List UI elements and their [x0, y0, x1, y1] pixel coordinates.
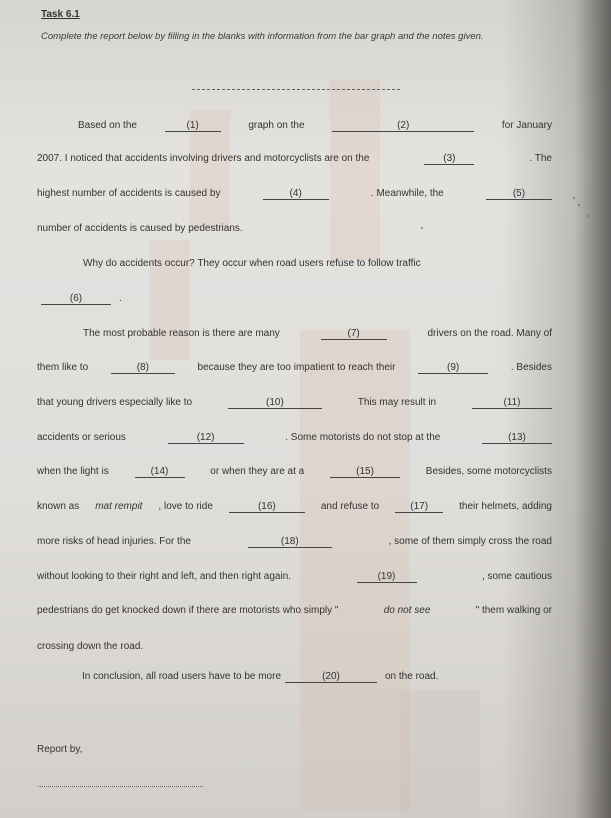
report-line: Why do accidents occur? They occur when …	[83, 258, 552, 269]
report-text: drivers on the road. Many of	[427, 328, 552, 340]
fill-in-blank[interactable]: (3)	[424, 153, 474, 165]
blank-number: (11)	[503, 397, 520, 408]
blank-number: (9)	[447, 362, 459, 373]
paper-speck	[573, 197, 575, 199]
report-text: . Besides	[511, 362, 552, 374]
report-text: 2007. I noticed that accidents involving…	[37, 153, 369, 165]
report-text: , some of them simply cross the road	[389, 536, 552, 548]
blank-number: (10)	[266, 397, 284, 408]
report-text: accidents or serious	[37, 432, 126, 444]
report-line: crossing down the road.	[37, 641, 143, 652]
blank-number: (13)	[508, 432, 526, 443]
fill-in-blank[interactable]: (14)	[135, 466, 185, 478]
report-text: them like to	[37, 362, 88, 374]
report-text: more risks of head injuries. For the	[37, 536, 191, 548]
fill-in-blank[interactable]: (17)	[395, 501, 443, 513]
task-title: Task 6.1	[41, 9, 80, 20]
report-text: without looking to their right and left,…	[37, 571, 291, 583]
fill-in-blank[interactable]: (5)	[486, 188, 552, 200]
blank-number: (3)	[443, 153, 455, 164]
worksheet-content: Task 6.1 Complete the report below by fi…	[0, 0, 611, 818]
blank-number: (12)	[197, 432, 215, 443]
report-text: Why do accidents occur? They occur when …	[83, 258, 421, 269]
report-line: when the light is(14)or when they are at…	[37, 466, 552, 478]
report-line: accidents or serious(12). Some motorists…	[37, 432, 552, 444]
blank-number: (2)	[397, 120, 409, 131]
italic-term: mat rempit	[95, 501, 142, 513]
report-text: on the road.	[385, 671, 438, 682]
fill-in-blank[interactable]: (13)	[482, 432, 552, 444]
fill-in-blank[interactable]: (1)	[165, 120, 221, 132]
report-line: that young drivers especially like to(10…	[37, 397, 552, 409]
italic-term: do not see	[384, 605, 431, 616]
fill-in-blank[interactable]: (19)	[357, 571, 417, 583]
blank-number: (18)	[281, 536, 299, 547]
fill-in-blank[interactable]: (18)	[248, 536, 332, 548]
blank-number: (16)	[258, 501, 276, 512]
report-text: number of accidents is caused by pedestr…	[37, 223, 243, 234]
fill-in-blank[interactable]: (9)	[418, 362, 488, 374]
blank-number: (6)	[70, 293, 82, 304]
report-line: 2007. I noticed that accidents involving…	[37, 153, 552, 165]
blank-number: (7)	[348, 328, 360, 339]
blank-number: (4)	[290, 188, 302, 199]
blank-number: (17)	[410, 501, 428, 512]
fill-in-blank[interactable]: (4)	[263, 188, 329, 200]
fill-in-blank[interactable]: (12)	[168, 432, 244, 444]
blank-number: (14)	[151, 466, 169, 477]
fill-in-blank[interactable]: (6)	[41, 293, 111, 305]
report-text: . Some motorists do not stop at the	[285, 432, 440, 444]
signature-line	[38, 786, 203, 787]
task-instructions: Complete the report below by filling in …	[41, 25, 541, 48]
report-line: more risks of head injuries. For the(18)…	[37, 536, 552, 548]
report-text: or when they are at a	[210, 466, 304, 478]
report-text: and refuse to	[321, 501, 379, 513]
blank-number: (20)	[322, 671, 340, 682]
fill-in-blank[interactable]: (8)	[111, 362, 175, 374]
report-text: This may result in	[358, 397, 436, 409]
report-text: for January	[502, 120, 552, 132]
report-line: number of accidents is caused by pedestr…	[37, 223, 243, 234]
report-line: them like to(8)because they are too impa…	[37, 362, 552, 374]
fill-in-blank[interactable]: (11)	[472, 397, 552, 409]
report-line: (6).	[37, 293, 122, 305]
report-title-line	[192, 89, 400, 90]
report-text: The most probable reason is there are ma…	[83, 328, 280, 340]
report-text: pedestrians do get knocked down if there…	[37, 605, 338, 616]
report-text: . Meanwhile, the	[371, 188, 444, 200]
report-text: Based on the	[78, 120, 137, 132]
fill-in-blank[interactable]: (2)	[332, 120, 474, 132]
fill-in-blank[interactable]: (15)	[330, 466, 400, 478]
fill-in-blank[interactable]: (20)	[285, 671, 377, 683]
fill-in-blank[interactable]: (16)	[229, 501, 305, 513]
report-text: , love to ride	[158, 501, 212, 513]
report-line: In conclusion, all road users have to be…	[82, 671, 438, 683]
report-text: their helmets, adding	[459, 501, 552, 513]
report-text: " them walking or	[476, 605, 552, 616]
report-line: pedestrians do get knocked down if there…	[37, 605, 552, 616]
report-text: because they are too impatient to reach …	[198, 362, 396, 374]
report-text: In conclusion, all road users have to be…	[82, 671, 281, 682]
blank-number: (15)	[356, 466, 374, 477]
report-text: .	[119, 293, 122, 304]
report-text: when the light is	[37, 466, 109, 478]
paper-speck	[578, 204, 580, 206]
report-line: known asmat rempit, love to ride(16)and …	[37, 501, 552, 513]
blank-number: (19)	[378, 571, 396, 582]
paper-speck	[587, 215, 589, 217]
blank-number: (5)	[513, 188, 525, 199]
report-text: that young drivers especially like to	[37, 397, 192, 409]
report-text: . The	[529, 153, 552, 165]
fill-in-blank[interactable]: (10)	[228, 397, 322, 409]
report-text: , some cautious	[482, 571, 552, 583]
blank-number: (1)	[187, 120, 199, 131]
report-text: Besides, some motorcyclists	[426, 466, 552, 478]
report-text: graph on the	[248, 120, 304, 132]
blank-number: (8)	[137, 362, 149, 373]
fill-in-blank[interactable]: (7)	[321, 328, 387, 340]
report-text: known as	[37, 501, 79, 513]
report-by-label: Report by,	[37, 744, 82, 755]
report-line: highest number of accidents is caused by…	[37, 188, 552, 200]
paper-speck	[421, 227, 423, 229]
report-line: without looking to their right and left,…	[37, 571, 552, 583]
report-line: Based on the(1)graph on the(2)for Januar…	[78, 120, 552, 132]
report-line: The most probable reason is there are ma…	[83, 328, 552, 340]
report-text: highest number of accidents is caused by	[37, 188, 220, 200]
report-text: crossing down the road.	[37, 641, 143, 652]
